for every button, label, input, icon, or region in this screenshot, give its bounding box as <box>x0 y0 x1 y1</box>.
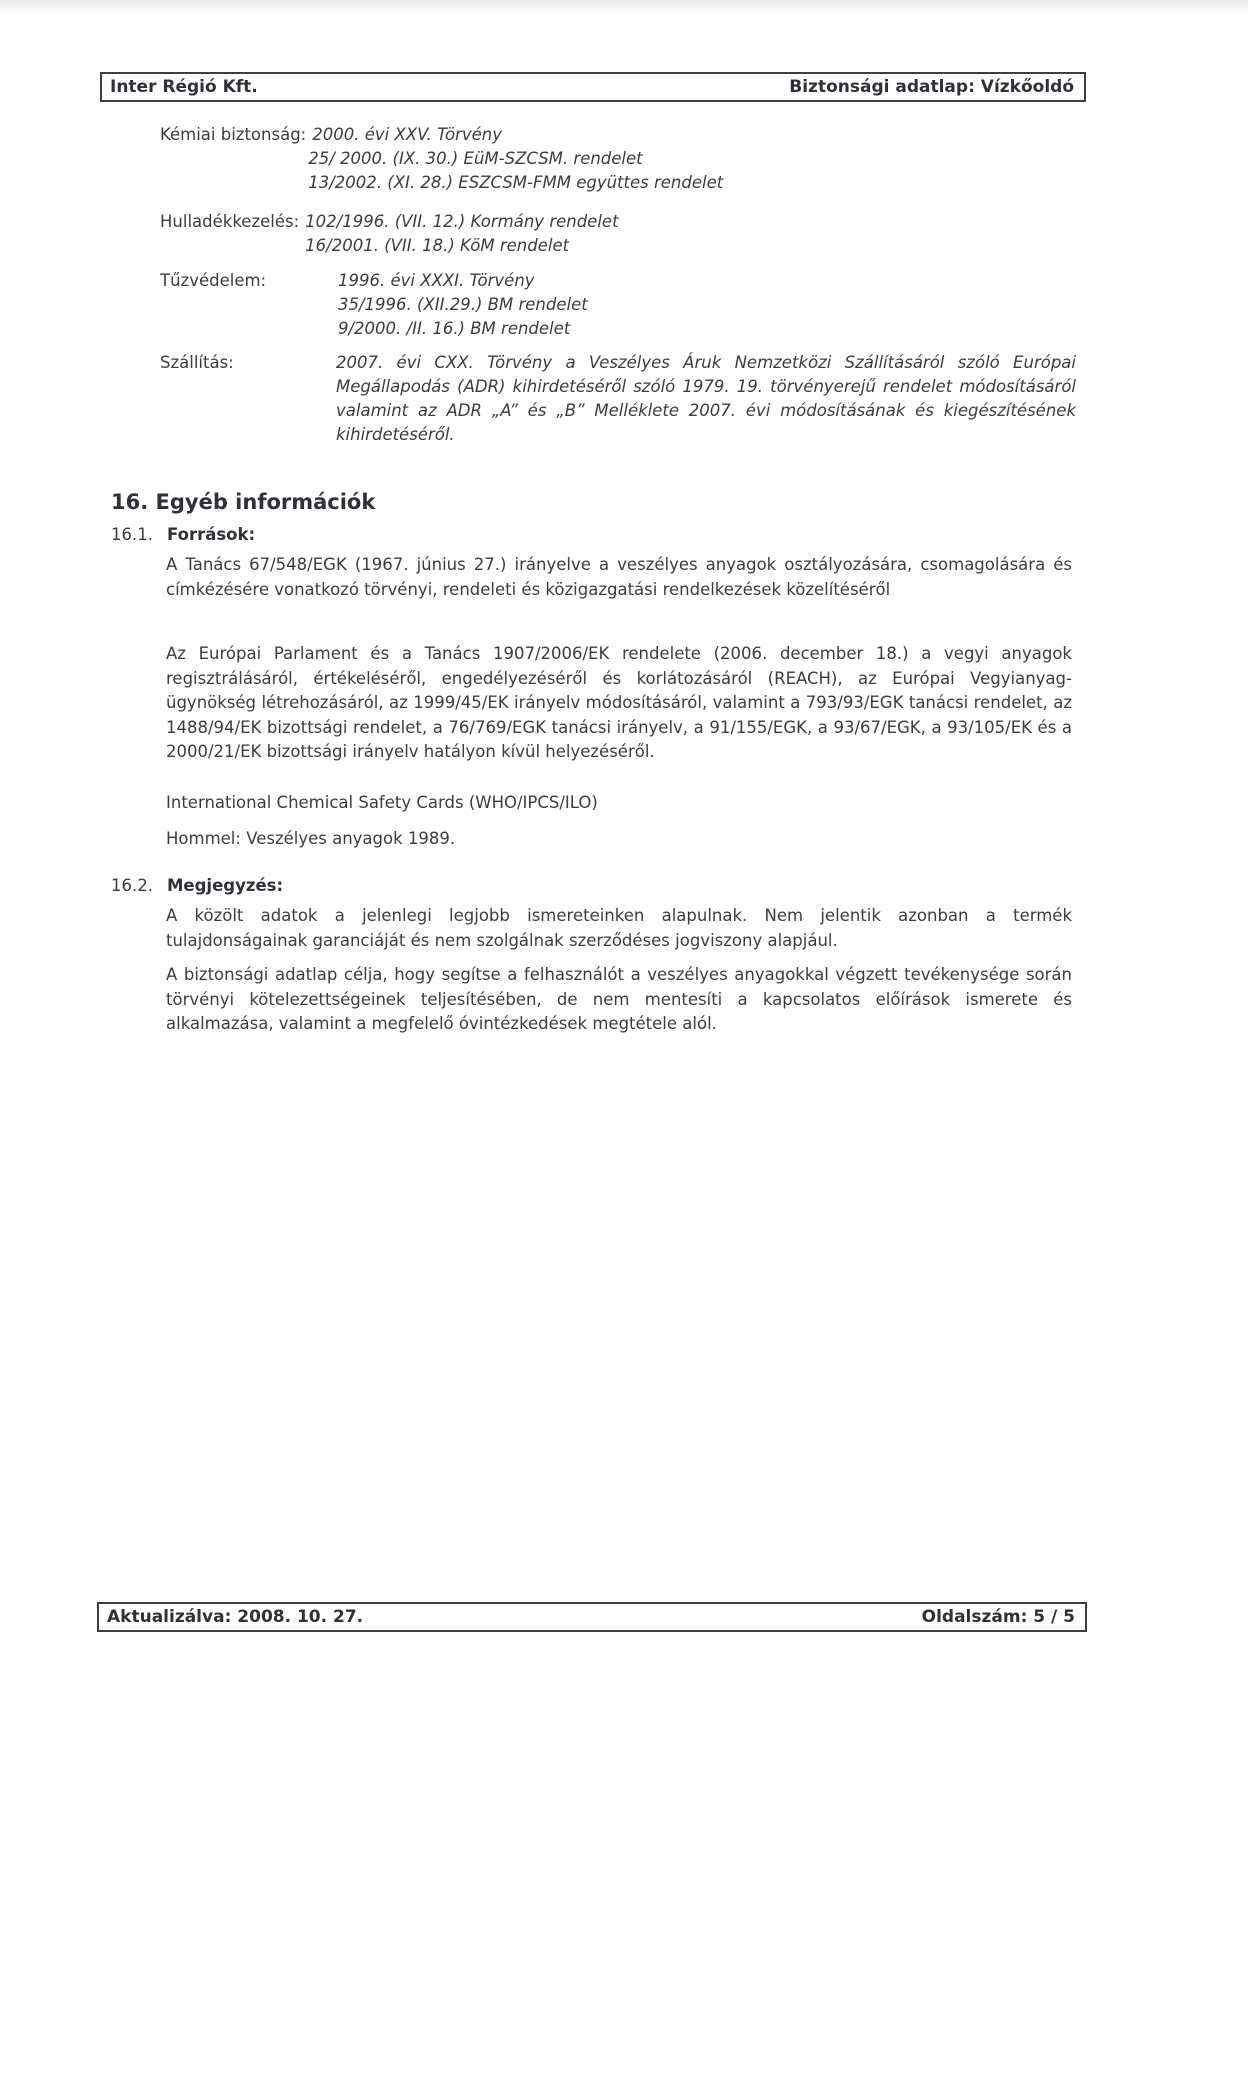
regulation-items: 2007. évi CXX. Törvény a Veszélyes Áruk … <box>336 351 1076 447</box>
regulation-label: Tűzvédelem: <box>160 269 338 341</box>
regulation-waste-management: Hulladékkezelés: 102/1996. (VII. 12.) Ko… <box>160 210 619 258</box>
regulation-item: 35/1996. (XII.29.) BM rendelet <box>338 293 588 317</box>
subsection-heading-note: 16.2.Megjegyzés: <box>111 876 283 895</box>
regulation-items: 102/1996. (VII. 12.) Kormány rendelet 16… <box>305 210 618 258</box>
section-heading: 16. Egyéb információk <box>111 490 375 514</box>
page-header: Inter Régió Kft. Biztonsági adatlap: Víz… <box>100 72 1086 102</box>
paragraph: A biztonsági adatlap célja, hogy segítse… <box>166 963 1072 1037</box>
paragraph: Az Európai Parlament és a Tanács 1907/20… <box>166 642 1072 765</box>
paragraph: Hommel: Veszélyes anyagok 1989. <box>166 827 1072 852</box>
paragraph: International Chemical Safety Cards (WHO… <box>166 791 1072 816</box>
paragraph: A közölt adatok a jelenlegi legjobb isme… <box>166 904 1072 953</box>
regulation-label: Szállítás: <box>160 351 336 447</box>
document-title: Biztonsági adatlap: Vízkőoldó <box>789 77 1074 97</box>
subsection-number: 16.2. <box>111 876 167 895</box>
regulation-label: Kémiai biztonság: <box>160 123 306 195</box>
subsection-title: Megjegyzés: <box>167 876 283 895</box>
regulation-item: 13/2002. (XI. 28.) ESZCSM-FMM együttes r… <box>308 171 723 195</box>
subsection-title: Források: <box>167 525 255 544</box>
regulation-item: 16/2001. (VII. 18.) KöM rendelet <box>305 234 618 258</box>
regulation-items: 1996. évi XXXI. Törvény 35/1996. (XII.29… <box>338 269 588 341</box>
regulation-items: 2000. évi XXV. Törvény 25/ 2000. (IX. 30… <box>312 123 723 195</box>
scan-shadow <box>0 0 1248 14</box>
page-number: Oldalszám: 5 / 5 <box>922 1607 1075 1627</box>
regulation-chemical-safety: Kémiai biztonság: 2000. évi XXV. Törvény… <box>160 123 723 195</box>
subsection-number: 16.1. <box>111 525 167 544</box>
paragraph: A Tanács 67/548/EGK (1967. június 27.) i… <box>166 553 1072 602</box>
regulation-fire-protection: Tűzvédelem: 1996. évi XXXI. Törvény 35/1… <box>160 269 588 341</box>
regulation-label: Hulladékkezelés: <box>160 210 299 258</box>
regulation-item: 102/1996. (VII. 12.) Kormány rendelet <box>305 210 618 234</box>
regulation-item: 2007. évi CXX. Törvény a Veszélyes Áruk … <box>336 351 1076 447</box>
updated-date: Aktualizálva: 2008. 10. 27. <box>107 1607 363 1627</box>
regulation-transport: Szállítás: 2007. évi CXX. Törvény a Vesz… <box>160 351 1076 447</box>
regulation-item: 1996. évi XXXI. Törvény <box>338 269 588 293</box>
page-footer: Aktualizálva: 2008. 10. 27. Oldalszám: 5… <box>97 1602 1087 1632</box>
regulation-item: 2000. évi XXV. Törvény <box>312 123 723 147</box>
regulation-item: 25/ 2000. (IX. 30.) EüM-SZCSM. rendelet <box>308 147 723 171</box>
company-name: Inter Régió Kft. <box>110 77 258 97</box>
subsection-heading-sources: 16.1.Források: <box>111 525 255 544</box>
regulation-item: 9/2000. /II. 16.) BM rendelet <box>338 317 588 341</box>
